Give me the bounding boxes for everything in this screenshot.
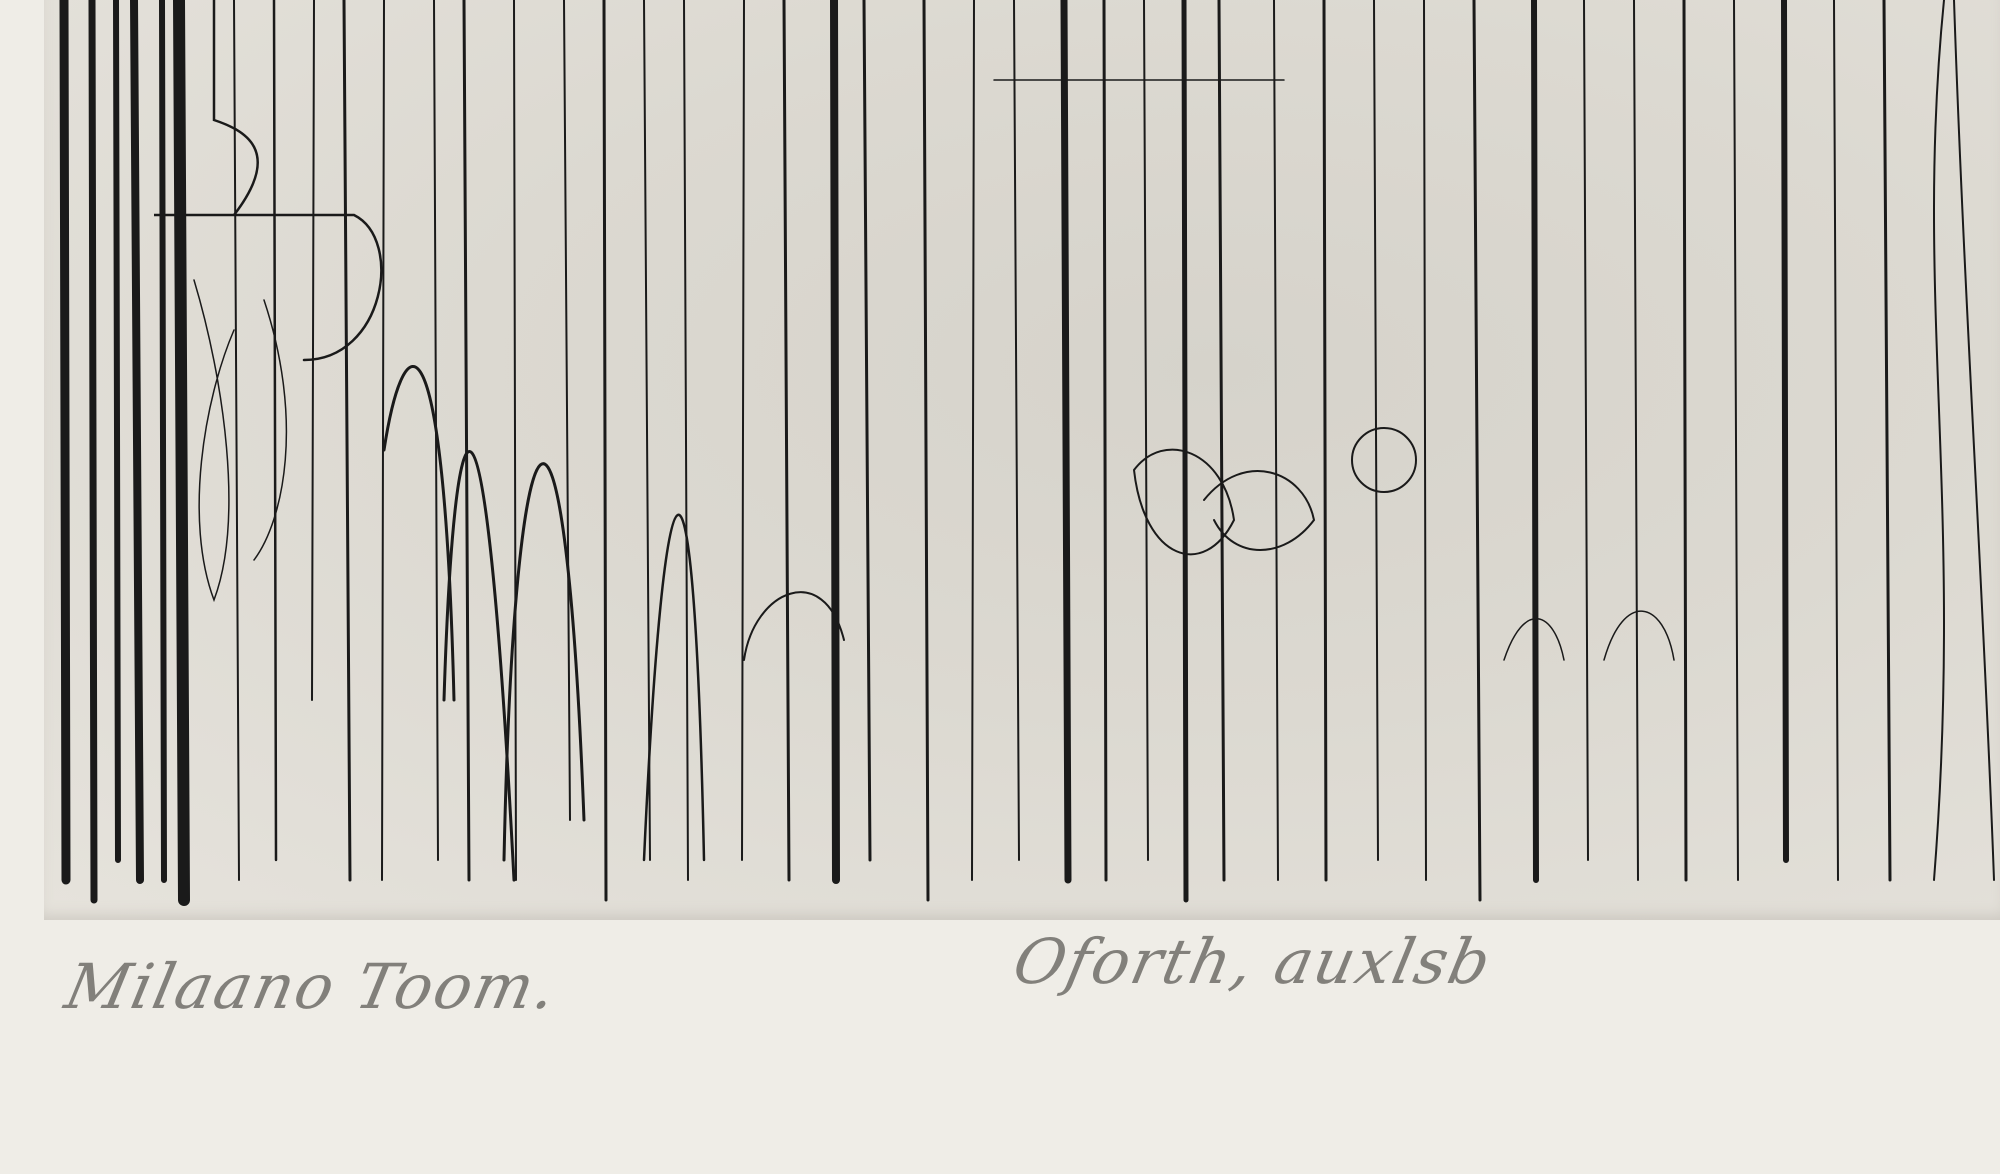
etching-lines — [44, 0, 2000, 920]
handwritten-title: Milaano Toom. — [49, 950, 564, 1070]
etched-plate — [44, 0, 2000, 920]
handwritten-edition: Oforth, auxlsb — [997, 925, 1499, 1045]
